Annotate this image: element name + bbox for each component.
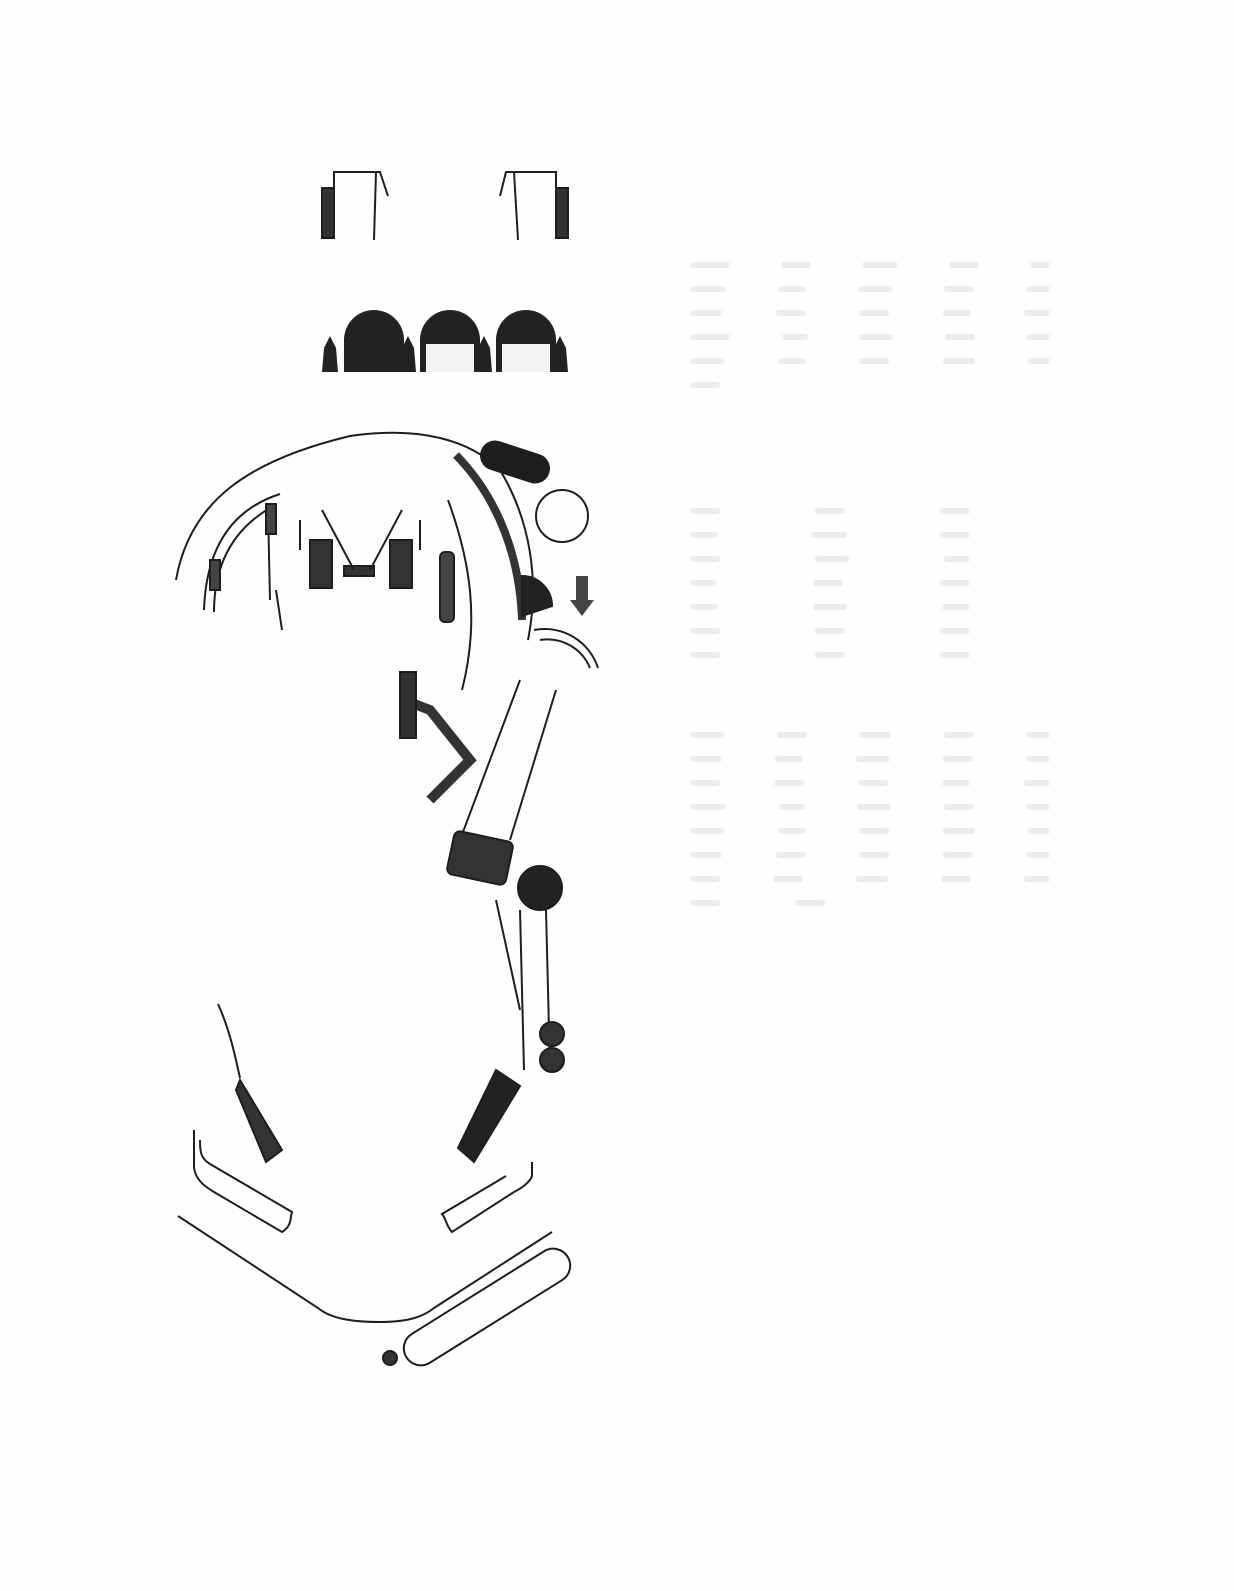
legend-block-3 [690,732,1050,924]
legend-block-1 [690,262,1050,406]
arch-elevation [322,310,568,372]
legend-block-2 [690,508,970,676]
document-page [0,0,1234,1591]
top-elevation [322,172,568,240]
